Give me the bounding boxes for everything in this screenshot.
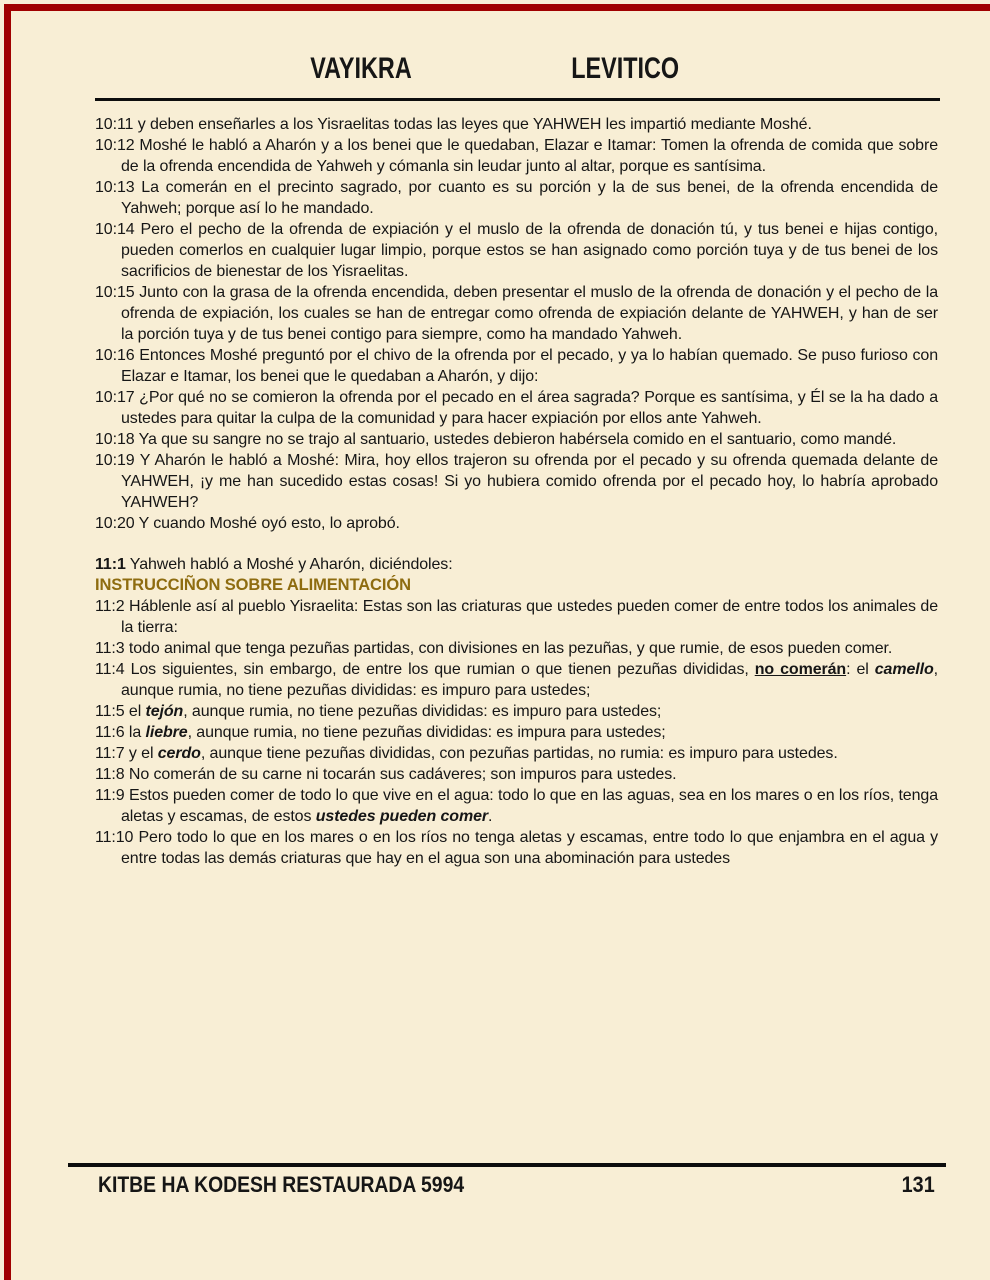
document-page: VAYIKRA LEVITICO 10:11 y deben enseñarle… bbox=[0, 0, 990, 1280]
page-border-top bbox=[4, 4, 990, 11]
verse-10-18: 10:18 Ya que su sangre no se trajo al sa… bbox=[95, 429, 938, 450]
verse-10-15: 10:15 Junto con la grasa de la ofrenda e… bbox=[95, 282, 938, 345]
page-number: 131 bbox=[902, 1172, 935, 1198]
verse-10-12: 10:12 Moshé le habló a Aharón y a los be… bbox=[95, 135, 938, 177]
verse-10-17: 10:17 ¿Por qué no se comieron la ofrenda… bbox=[95, 387, 938, 429]
verse-11-5: 11:5 el tejón, aunque rumia, no tiene pe… bbox=[95, 701, 938, 722]
verse-11-6: 11:6 la liebre, aunque rumia, no tiene p… bbox=[95, 722, 938, 743]
verse-11-9: 11:9 Estos pueden comer de todo lo que v… bbox=[95, 785, 938, 827]
verse-10-20: 10:20 Y cuando Moshé oyó esto, lo aprobó… bbox=[95, 513, 938, 534]
verse-11-3: 11:3 todo animal que tenga pezuñas parti… bbox=[95, 638, 938, 659]
verse-10-13: 10:13 La comerán en el precinto sagrado,… bbox=[95, 177, 938, 219]
footer-book-title: KITBE HA KODESH RESTAURADA 5994 bbox=[98, 1172, 464, 1198]
page-footer: KITBE HA KODESH RESTAURADA 5994 131 bbox=[98, 1172, 935, 1198]
header-title-vayikra: VAYIKRA bbox=[310, 52, 411, 86]
header-title-levitico: LEVITICO bbox=[571, 52, 679, 86]
verse-11-7: 11:7 y el cerdo, aunque tiene pezuñas di… bbox=[95, 743, 938, 764]
page-border-left bbox=[4, 4, 11, 1280]
verse-list: 10:11 y deben enseñarles a los Yisraelit… bbox=[95, 114, 938, 869]
verse-11-1: 11:1 Yahweh habló a Moshé y Aharón, dici… bbox=[95, 554, 938, 575]
header-rule bbox=[95, 98, 940, 101]
verse-11-10: 11:10 Pero todo lo que en los mares o en… bbox=[95, 827, 938, 869]
verse-11-2: 11:2 Háblenle así al pueblo Yisraelita: … bbox=[95, 596, 938, 638]
verse-10-11: 10:11 y deben enseñarles a los Yisraelit… bbox=[95, 114, 938, 135]
verse-10-14: 10:14 Pero el pecho de la ofrenda de exp… bbox=[95, 219, 938, 282]
paragraph-spacer bbox=[95, 534, 938, 554]
verse-10-19: 10:19 Y Aharón le habló a Moshé: Mira, h… bbox=[95, 450, 938, 513]
page-header: VAYIKRA LEVITICO bbox=[0, 52, 990, 86]
verse-10-16: 10:16 Entonces Moshé preguntó por el chi… bbox=[95, 345, 938, 387]
verse-11-4: 11:4 Los siguientes, sin embargo, de ent… bbox=[95, 659, 938, 701]
verse-11-8: 11:8 No comerán de su carne ni tocarán s… bbox=[95, 764, 938, 785]
footer-rule bbox=[68, 1163, 946, 1167]
section-heading: INSTRUCCIÑON SOBRE ALIMENTACIÓN bbox=[95, 575, 938, 596]
